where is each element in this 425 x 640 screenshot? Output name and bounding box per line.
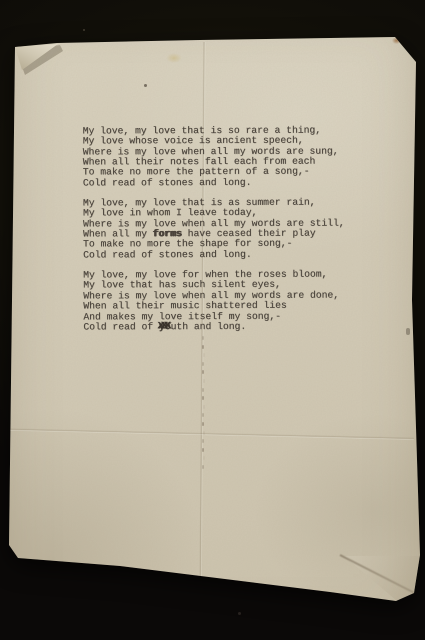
crease-bleed-mark (203, 431, 205, 435)
poem-text: uth and long. (171, 321, 247, 332)
crease-bleed-mark (202, 388, 204, 392)
stanza: My love, my love for when the roses bloo… (83, 270, 345, 333)
ink-speck (144, 84, 147, 87)
paper-stain (166, 53, 182, 63)
crease-bleed-mark (203, 353, 205, 357)
crease-bleed-mark (202, 396, 204, 400)
crease-bleed-mark (202, 422, 204, 426)
crease-bleed-mark (203, 379, 205, 383)
poem: My love, my love that is so rare a thing… (83, 126, 345, 333)
crease-bleed-mark (202, 362, 204, 366)
stanza: My love, my love that is as summer rain,… (83, 198, 345, 261)
crease-bleed-mark (202, 336, 204, 340)
corner-stain (392, 37, 401, 44)
crease-bleed-mark (202, 439, 204, 443)
crease-bleed-mark (202, 448, 204, 452)
poem-line: Cold read of stones and long. (83, 249, 345, 260)
paper-wrapper: My love, my love that is so rare a thing… (0, 0, 425, 640)
edge-nick (406, 328, 410, 335)
photo-scene: My love, my love that is so rare a thing… (0, 0, 425, 640)
crease-bleed-mark (202, 413, 204, 417)
poem-text-crossed: yoXXX (159, 322, 171, 332)
poem-text: Cold read of stones and long. (83, 249, 252, 261)
crease-bleed-mark (202, 465, 204, 469)
poem-line: Cold read of yoXXXuth and long. (83, 321, 345, 332)
poem-line: Cold read of stones and long. (83, 177, 345, 188)
crease-bleed-mark (202, 370, 204, 374)
crease-bleed-mark (203, 405, 205, 409)
paper-sheet: My love, my love that is so rare a thing… (0, 0, 425, 640)
strike-x-marks: XXX (157, 321, 167, 331)
poem-text: Cold read of stones and long. (83, 177, 252, 189)
poem-text: Cold read of (83, 321, 159, 332)
stanza: My love, my love that is so rare a thing… (83, 126, 345, 189)
horizontal-fold-crease (8, 428, 414, 440)
crease-bleed-mark (203, 456, 205, 460)
crease-bleed-mark (202, 345, 204, 349)
